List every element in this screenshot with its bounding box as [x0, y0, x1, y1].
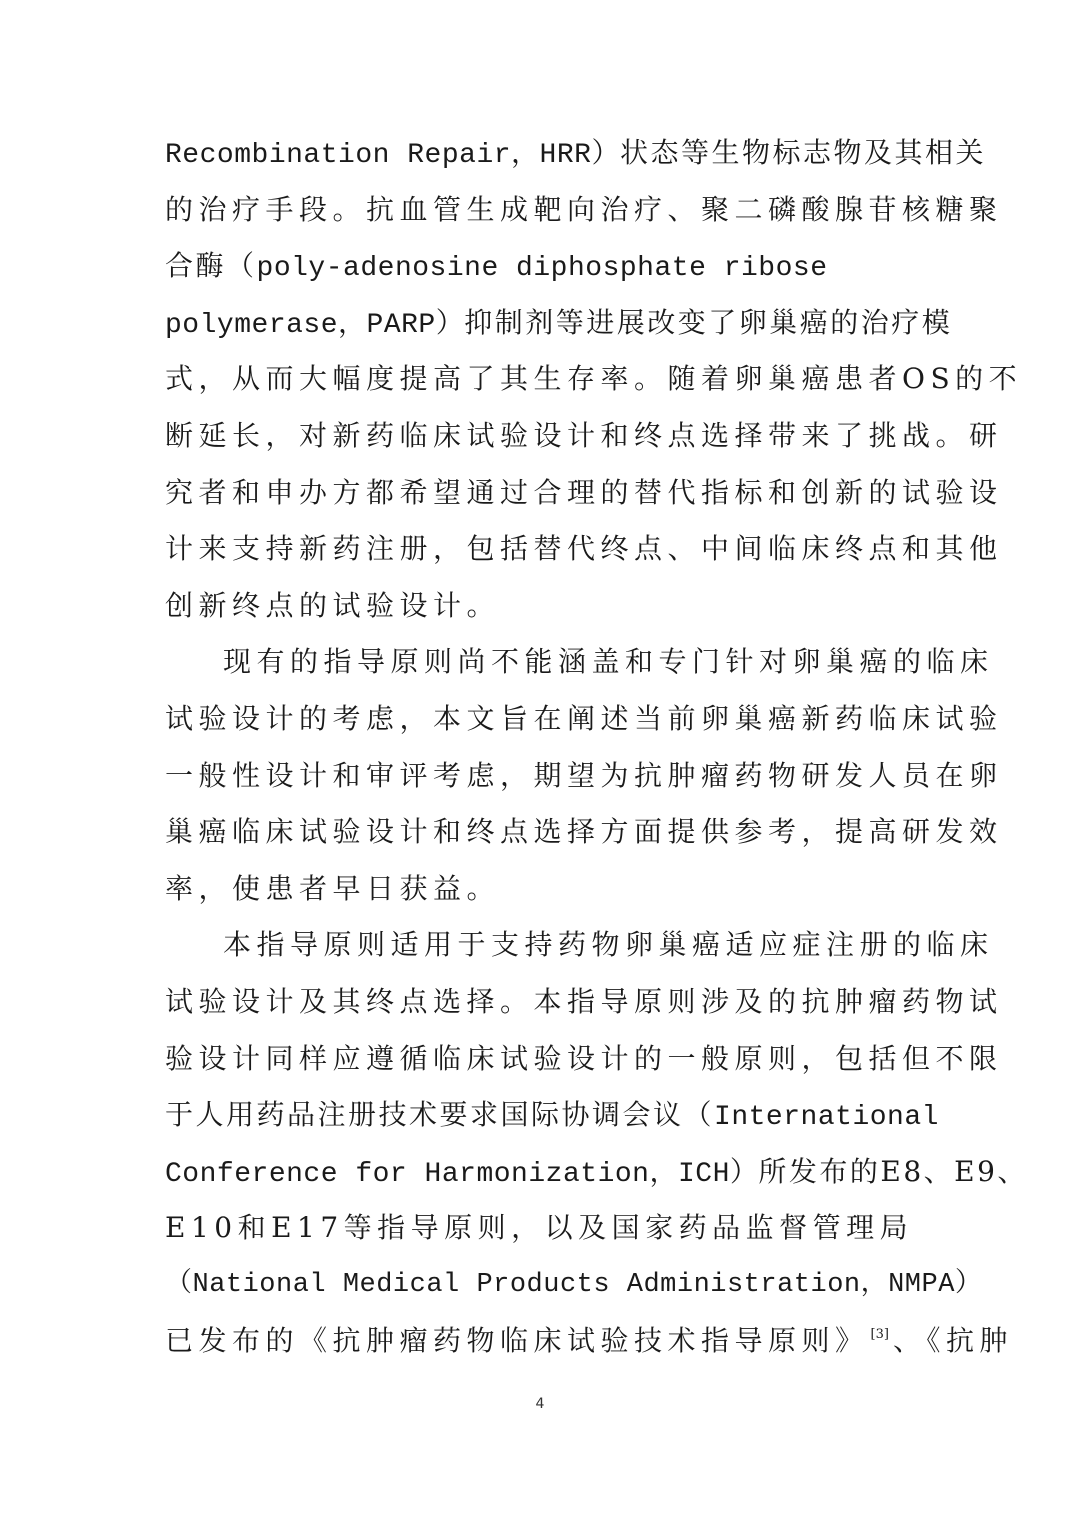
paragraph-start-line: 现有的指导原则尚不能涵盖和专门针对卵巢癌的临床: [165, 634, 905, 691]
text-line: Conference for Harmonization，ICH）所发布的E8、…: [165, 1144, 905, 1201]
text-line: 于人用药品注册技术要求国际协调会议（International: [165, 1087, 905, 1144]
text-line: 式，从而大幅度提高了其生存率。随着卵巢癌患者OS的不: [165, 351, 905, 408]
text-line: 创新终点的试验设计。: [165, 578, 905, 635]
text-run: 式，从而大幅度提高了其生存率。随着卵巢癌患者OS的不: [165, 362, 1022, 395]
text-line: 的治疗手段。抗血管生成靶向治疗、聚二磷酸腺苷核糖聚: [165, 182, 905, 239]
text-run: 合酶（: [165, 249, 257, 282]
text-run: （National Medical Products Administratio…: [165, 1270, 982, 1300]
text-run: 已发布的《抗肿瘤药物临床试验技术指导原则》: [165, 1324, 869, 1357]
text-run: International: [714, 1102, 939, 1133]
text-run: 计来支持新药注册，包括替代终点、中间临床终点和其他: [165, 532, 1003, 565]
text-line: 断延长，对新药临床试验设计和终点选择带来了挑战。研: [165, 408, 905, 465]
text-run: 抑制剂等进展改变了卵巢癌的治疗模: [464, 306, 952, 339]
text-run: 、《抗肿: [893, 1324, 1013, 1357]
text-run: 状态等生物标志物及其相关: [620, 136, 986, 169]
document-page: Recombination Repair，HRR）状态等生物标志物及其相关的治疗…: [0, 0, 1080, 1527]
text-line: 一般性设计和审评考虑，期望为抗肿瘤药物研发人员在卵: [165, 748, 905, 805]
text-run: 现有的指导原则尚不能涵盖和专门针对卵巢癌的临床: [223, 645, 994, 678]
text-run: Recombination Repair，HRR）: [165, 140, 620, 171]
text-run: 于人用药品注册技术要求国际协调会议（: [165, 1098, 714, 1131]
text-run: 创新终点的试验设计。: [165, 589, 500, 622]
page-number: 4: [530, 1396, 550, 1412]
text-line: 已发布的《抗肿瘤药物临床试验技术指导原则》[3]、《抗肿: [165, 1313, 905, 1370]
text-line: 试验设计及其终点选择。本指导原则涉及的抗肿瘤药物试: [165, 974, 905, 1031]
text-line: 验设计同样应遵循临床试验设计的一般原则，包括但不限: [165, 1031, 905, 1088]
text-run: 试验设计及其终点选择。本指导原则涉及的抗肿瘤药物试: [165, 985, 1003, 1018]
paragraph-start-line: 本指导原则适用于支持药物卵巢癌适应症注册的临床: [165, 917, 905, 974]
text-run: E10和E17等指导原则，以及国家药品监督管理局: [165, 1211, 913, 1244]
text-line: 计来支持新药注册，包括替代终点、中间临床终点和其他: [165, 521, 905, 578]
text-run: 断延长，对新药临床试验设计和终点选择带来了挑战。研: [165, 419, 1003, 452]
citation-reference: [3]: [871, 1327, 889, 1342]
text-run: 本指导原则适用于支持药物卵巢癌适应症注册的临床: [223, 928, 994, 961]
text-run: 究者和申办方都希望通过合理的替代指标和创新的试验设: [165, 476, 1003, 509]
text-line: 试验设计的考虑，本文旨在阐述当前卵巢癌新药临床试验: [165, 691, 905, 748]
text-run: 所发布的E8、E9、: [758, 1155, 1028, 1188]
text-run: polymerase，PARP）: [165, 310, 464, 341]
text-line: 率，使患者早日获益。: [165, 861, 905, 918]
text-line: 究者和申办方都希望通过合理的替代指标和创新的试验设: [165, 465, 905, 522]
text-line: Recombination Repair，HRR）状态等生物标志物及其相关: [165, 125, 905, 182]
text-line: 巢癌临床试验设计和终点选择方面提供参考，提高研发效: [165, 804, 905, 861]
text-run: 试验设计的考虑，本文旨在阐述当前卵巢癌新药临床试验: [165, 702, 1003, 735]
text-line: 合酶（poly-adenosine diphosphate ribose: [165, 238, 905, 295]
text-run: 巢癌临床试验设计和终点选择方面提供参考，提高研发效: [165, 815, 1003, 848]
text-line: E10和E17等指导原则，以及国家药品监督管理局: [165, 1200, 905, 1257]
text-line: （National Medical Products Administratio…: [165, 1257, 905, 1314]
body-text: Recombination Repair，HRR）状态等生物标志物及其相关的治疗…: [165, 125, 905, 1370]
text-line: polymerase，PARP）抑制剂等进展改变了卵巢癌的治疗模: [165, 295, 905, 352]
text-run: Conference for Harmonization，ICH）: [165, 1159, 758, 1190]
text-run: 的治疗手段。抗血管生成靶向治疗、聚二磷酸腺苷核糖聚: [165, 193, 1003, 226]
text-run: 率，使患者早日获益。: [165, 872, 500, 905]
text-run: poly-adenosine diphosphate ribose: [257, 253, 828, 284]
text-run: 一般性设计和审评考虑，期望为抗肿瘤药物研发人员在卵: [165, 759, 1003, 792]
text-run: 验设计同样应遵循临床试验设计的一般原则，包括但不限: [165, 1042, 1003, 1075]
